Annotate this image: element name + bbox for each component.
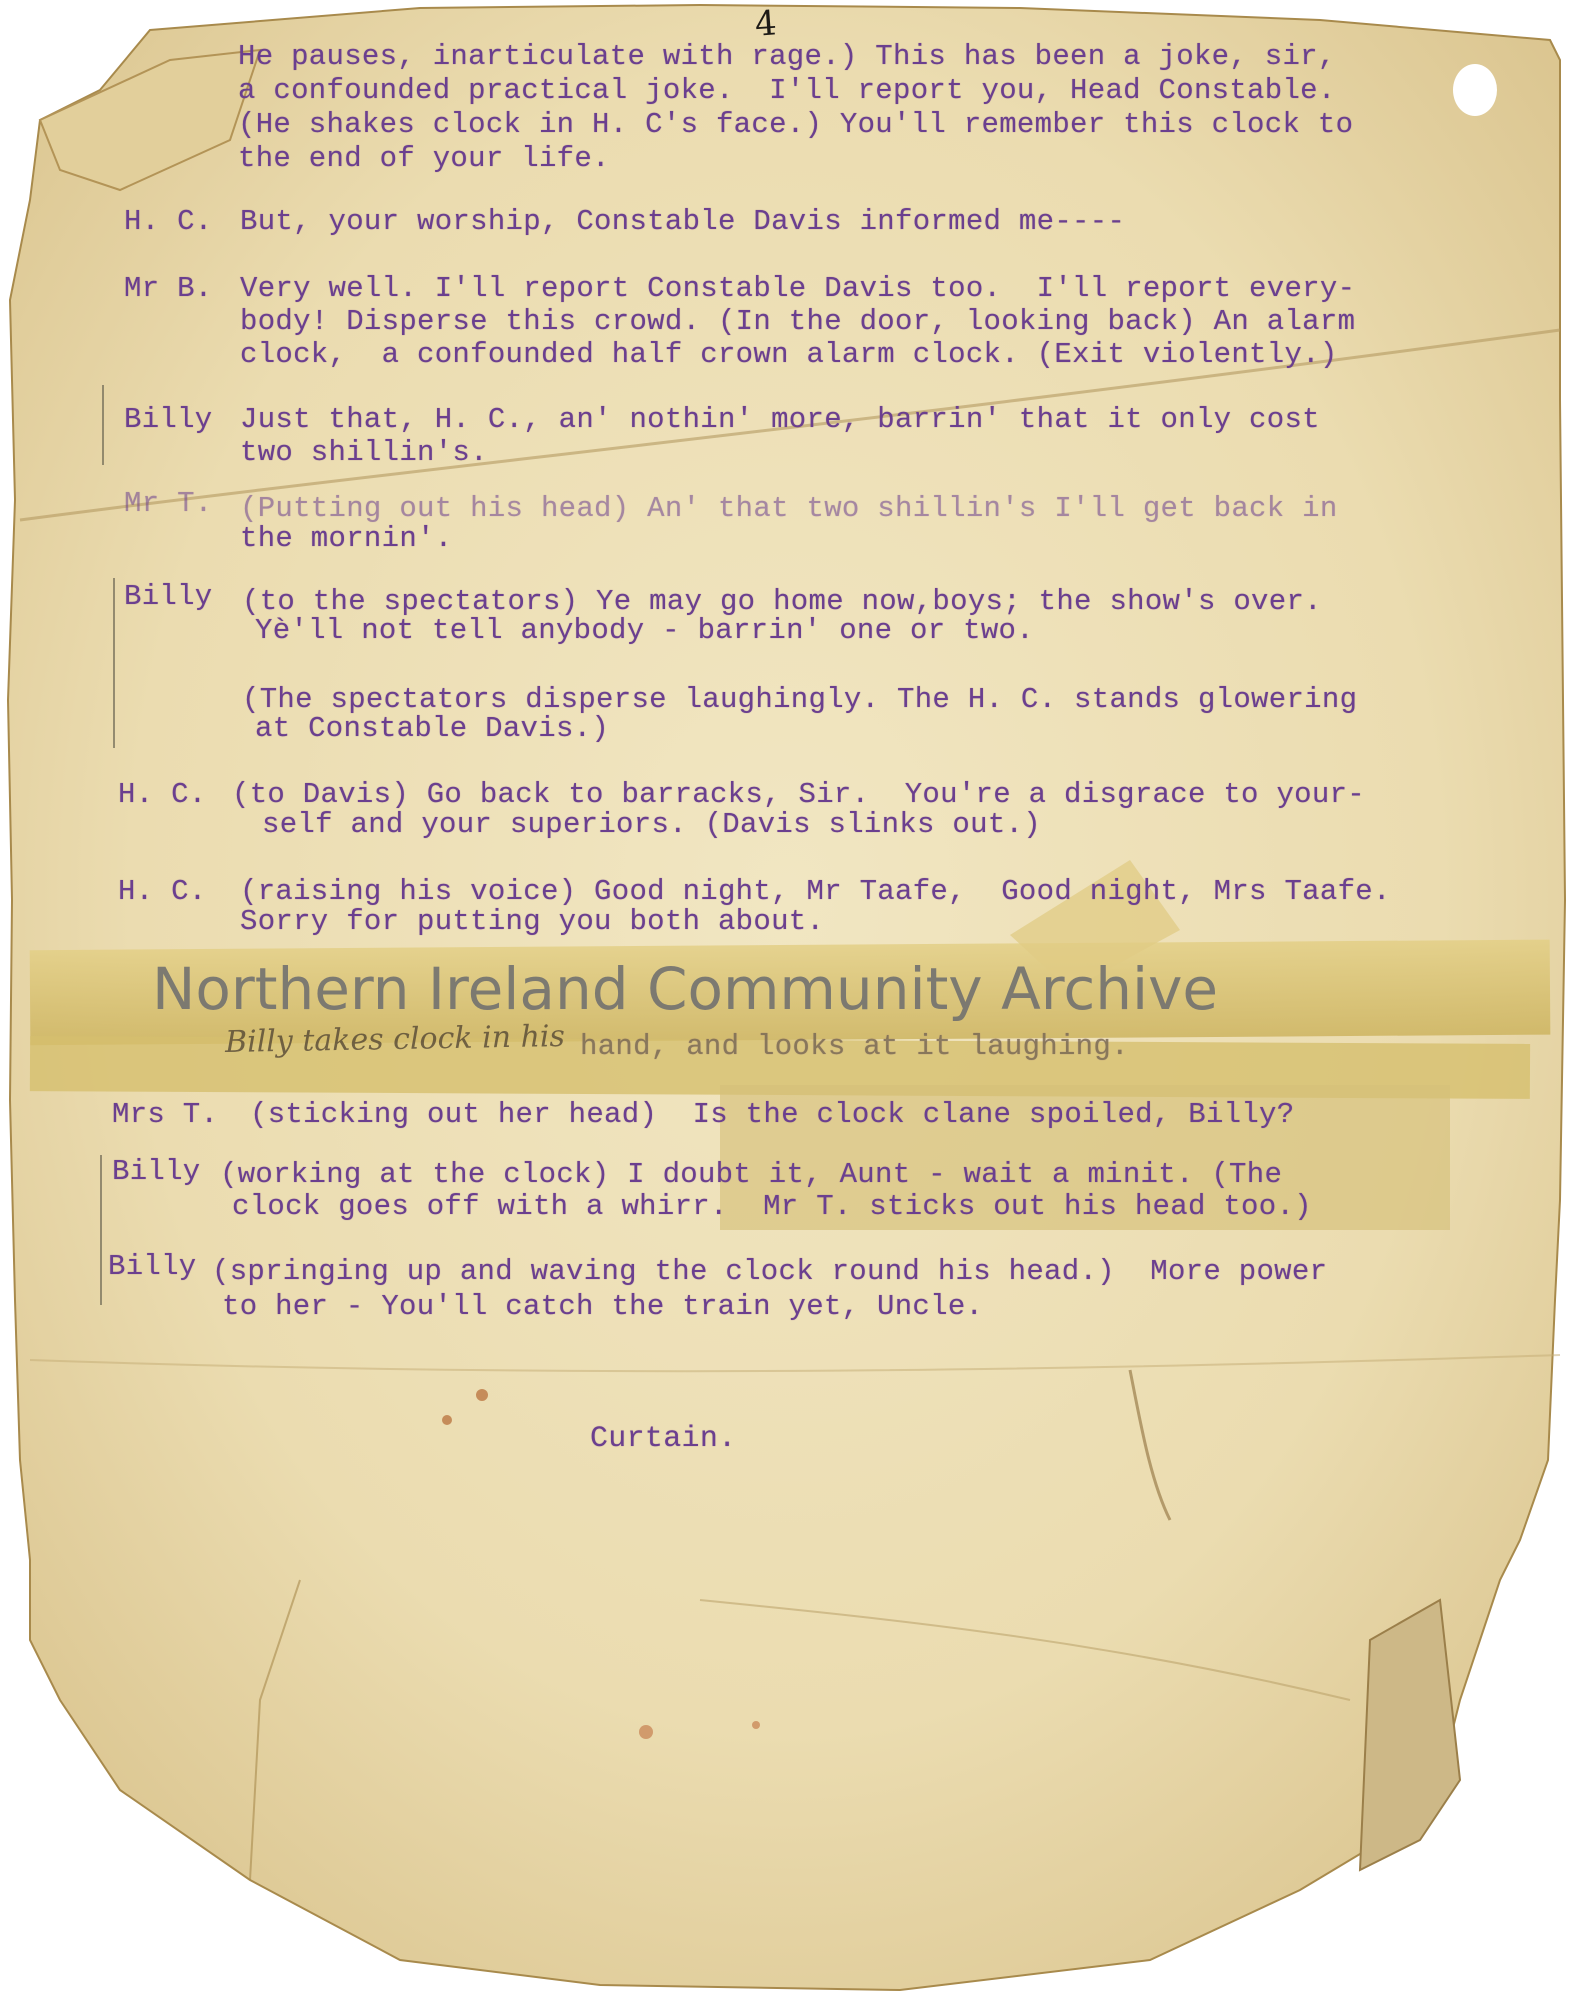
- speaker-name: Mr B.: [124, 272, 213, 305]
- closing-curtain: Curtain.: [590, 1422, 736, 1456]
- stage-direction: at Constable Davis.): [255, 712, 609, 745]
- speaker-name: H. C.: [124, 205, 213, 238]
- archive-watermark: Northern Ireland Community Archive: [152, 955, 1218, 1023]
- script-line: Very well. I'll report Constable Davis t…: [240, 272, 1355, 305]
- speaker-name: Billy: [112, 1155, 201, 1188]
- speaker-name: Billy: [124, 403, 213, 436]
- script-line: (to Davis) Go back to barracks, Sir. You…: [232, 778, 1365, 811]
- script-line: to her - You'll catch the train yet, Unc…: [222, 1290, 983, 1323]
- script-line: body! Disperse this crowd. (In the door,…: [240, 305, 1355, 338]
- script-line: the end of your life.: [238, 142, 610, 175]
- handwritten-annotation: Billy takes clock in his: [225, 1019, 565, 1060]
- script-line: Sorry for putting you both about.: [240, 905, 824, 938]
- margin-mark: [102, 385, 104, 465]
- script-line: (springing up and waving the clock round…: [212, 1255, 1327, 1288]
- margin-mark: [100, 1155, 102, 1305]
- script-line: (working at the clock) I doubt it, Aunt …: [220, 1158, 1282, 1191]
- speaker-name: Mrs T.: [112, 1098, 218, 1131]
- speaker-name: Billy: [124, 580, 213, 613]
- script-line: Just that, H. C., an' nothin' more, barr…: [240, 403, 1320, 436]
- script-line: self and your superiors. (Davis slinks o…: [262, 808, 1041, 841]
- speaker-name: H. C.: [118, 778, 207, 811]
- margin-mark: [113, 578, 115, 748]
- script-line: (raising his voice) Good night, Mr Taafe…: [240, 875, 1391, 908]
- script-line: (Putting out his head) An' that two shil…: [240, 492, 1338, 525]
- speaker-name: Billy: [108, 1250, 197, 1283]
- script-line: two shillin's.: [240, 436, 488, 469]
- script-line: a confounded practical joke. I'll report…: [238, 74, 1336, 107]
- paper-sheet: 4 He pauses, inarticulate with rage.) Th…: [0, 0, 1573, 2000]
- script-line: Yè'll not tell anybody - barrin' one or …: [255, 614, 1034, 647]
- speaker-name: Mr T.: [124, 487, 213, 520]
- script-line: clock, a confounded half crown alarm clo…: [240, 338, 1338, 371]
- script-line: clock goes off with a whirr. Mr T. stick…: [232, 1190, 1312, 1223]
- speaker-name: H. C.: [118, 875, 207, 908]
- script-line: the mornin'.: [240, 522, 452, 555]
- script-line: hand, and looks at it laughing.: [580, 1030, 1129, 1063]
- page-number: 4: [754, 3, 778, 44]
- script-line: But, your worship, Constable Davis infor…: [240, 205, 1125, 238]
- script-line: He pauses, inarticulate with rage.) This…: [238, 40, 1336, 73]
- script-line: (sticking out her head) Is the clock cla…: [250, 1098, 1294, 1131]
- script-line: (He shakes clock in H. C's face.) You'll…: [238, 108, 1353, 141]
